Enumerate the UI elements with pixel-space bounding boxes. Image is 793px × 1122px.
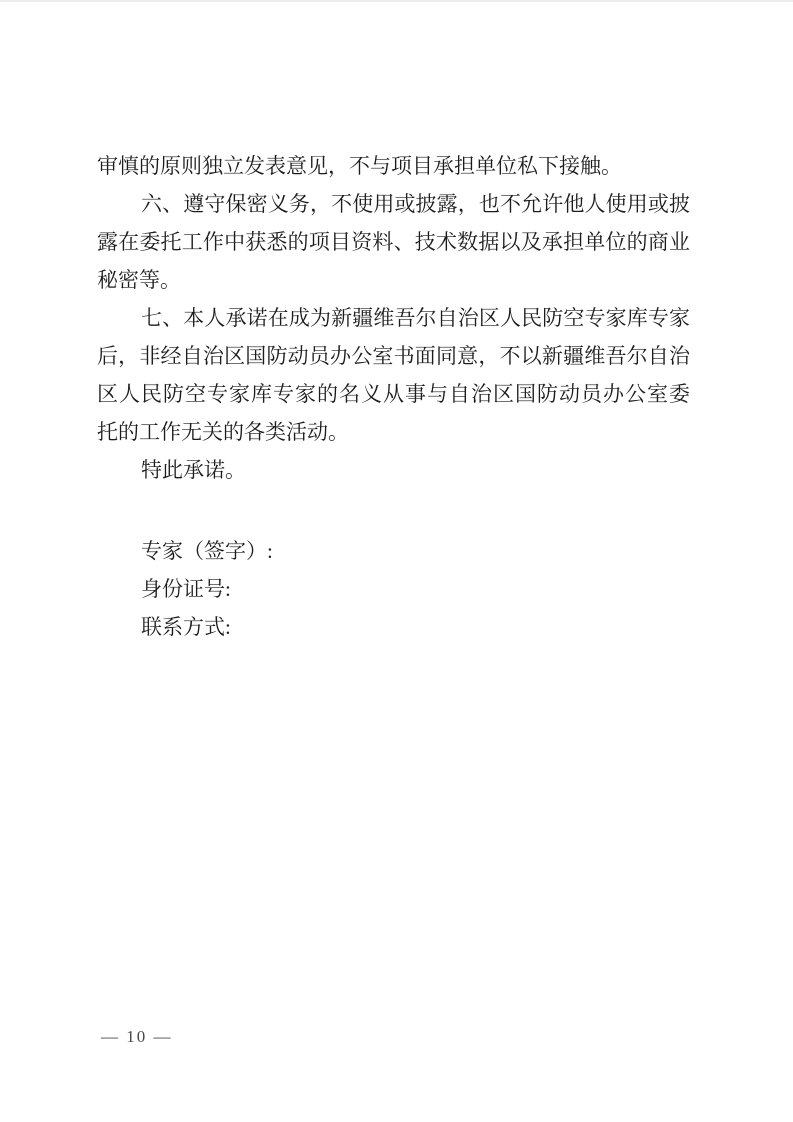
body-line: 露在委托工作中获悉的项目资料、技术数据以及承担单位的商业 bbox=[97, 223, 690, 261]
body-line: 秘密等。 bbox=[97, 261, 690, 299]
document-body: 审慎的原则独立发表意见，不与项目承担单位私下接触。 六、遵守保密义务，不使用或披… bbox=[97, 147, 690, 489]
page-top-edge bbox=[0, 0, 793, 2]
signature-line-expert: 专家（签字）: bbox=[97, 532, 690, 570]
document-page: 审慎的原则独立发表意见，不与项目承担单位私下接触。 六、遵守保密义务，不使用或披… bbox=[0, 0, 793, 1122]
body-line: 后，非经自治区国防动员办公室书面同意，不以新疆维吾尔自治 bbox=[97, 337, 690, 375]
body-line: 区人民防空专家库专家的名义从事与自治区国防动员办公室委 bbox=[97, 375, 690, 413]
body-line: 托的工作无关的各类活动。 bbox=[97, 413, 690, 451]
body-line: 审慎的原则独立发表意见，不与项目承担单位私下接触。 bbox=[97, 147, 690, 185]
signature-line-contact: 联系方式: bbox=[97, 608, 690, 646]
signature-block: 专家（签字）: 身份证号: 联系方式: bbox=[97, 532, 690, 646]
body-line: 六、遵守保密义务，不使用或披露，也不允许他人使用或披 bbox=[97, 185, 690, 223]
signature-line-id: 身份证号: bbox=[97, 570, 690, 608]
body-line: 七、本人承诺在成为新疆维吾尔自治区人民防空专家库专家 bbox=[97, 299, 690, 337]
body-line: 特此承诺。 bbox=[97, 451, 690, 489]
page-number: — 10 — bbox=[101, 1027, 173, 1047]
